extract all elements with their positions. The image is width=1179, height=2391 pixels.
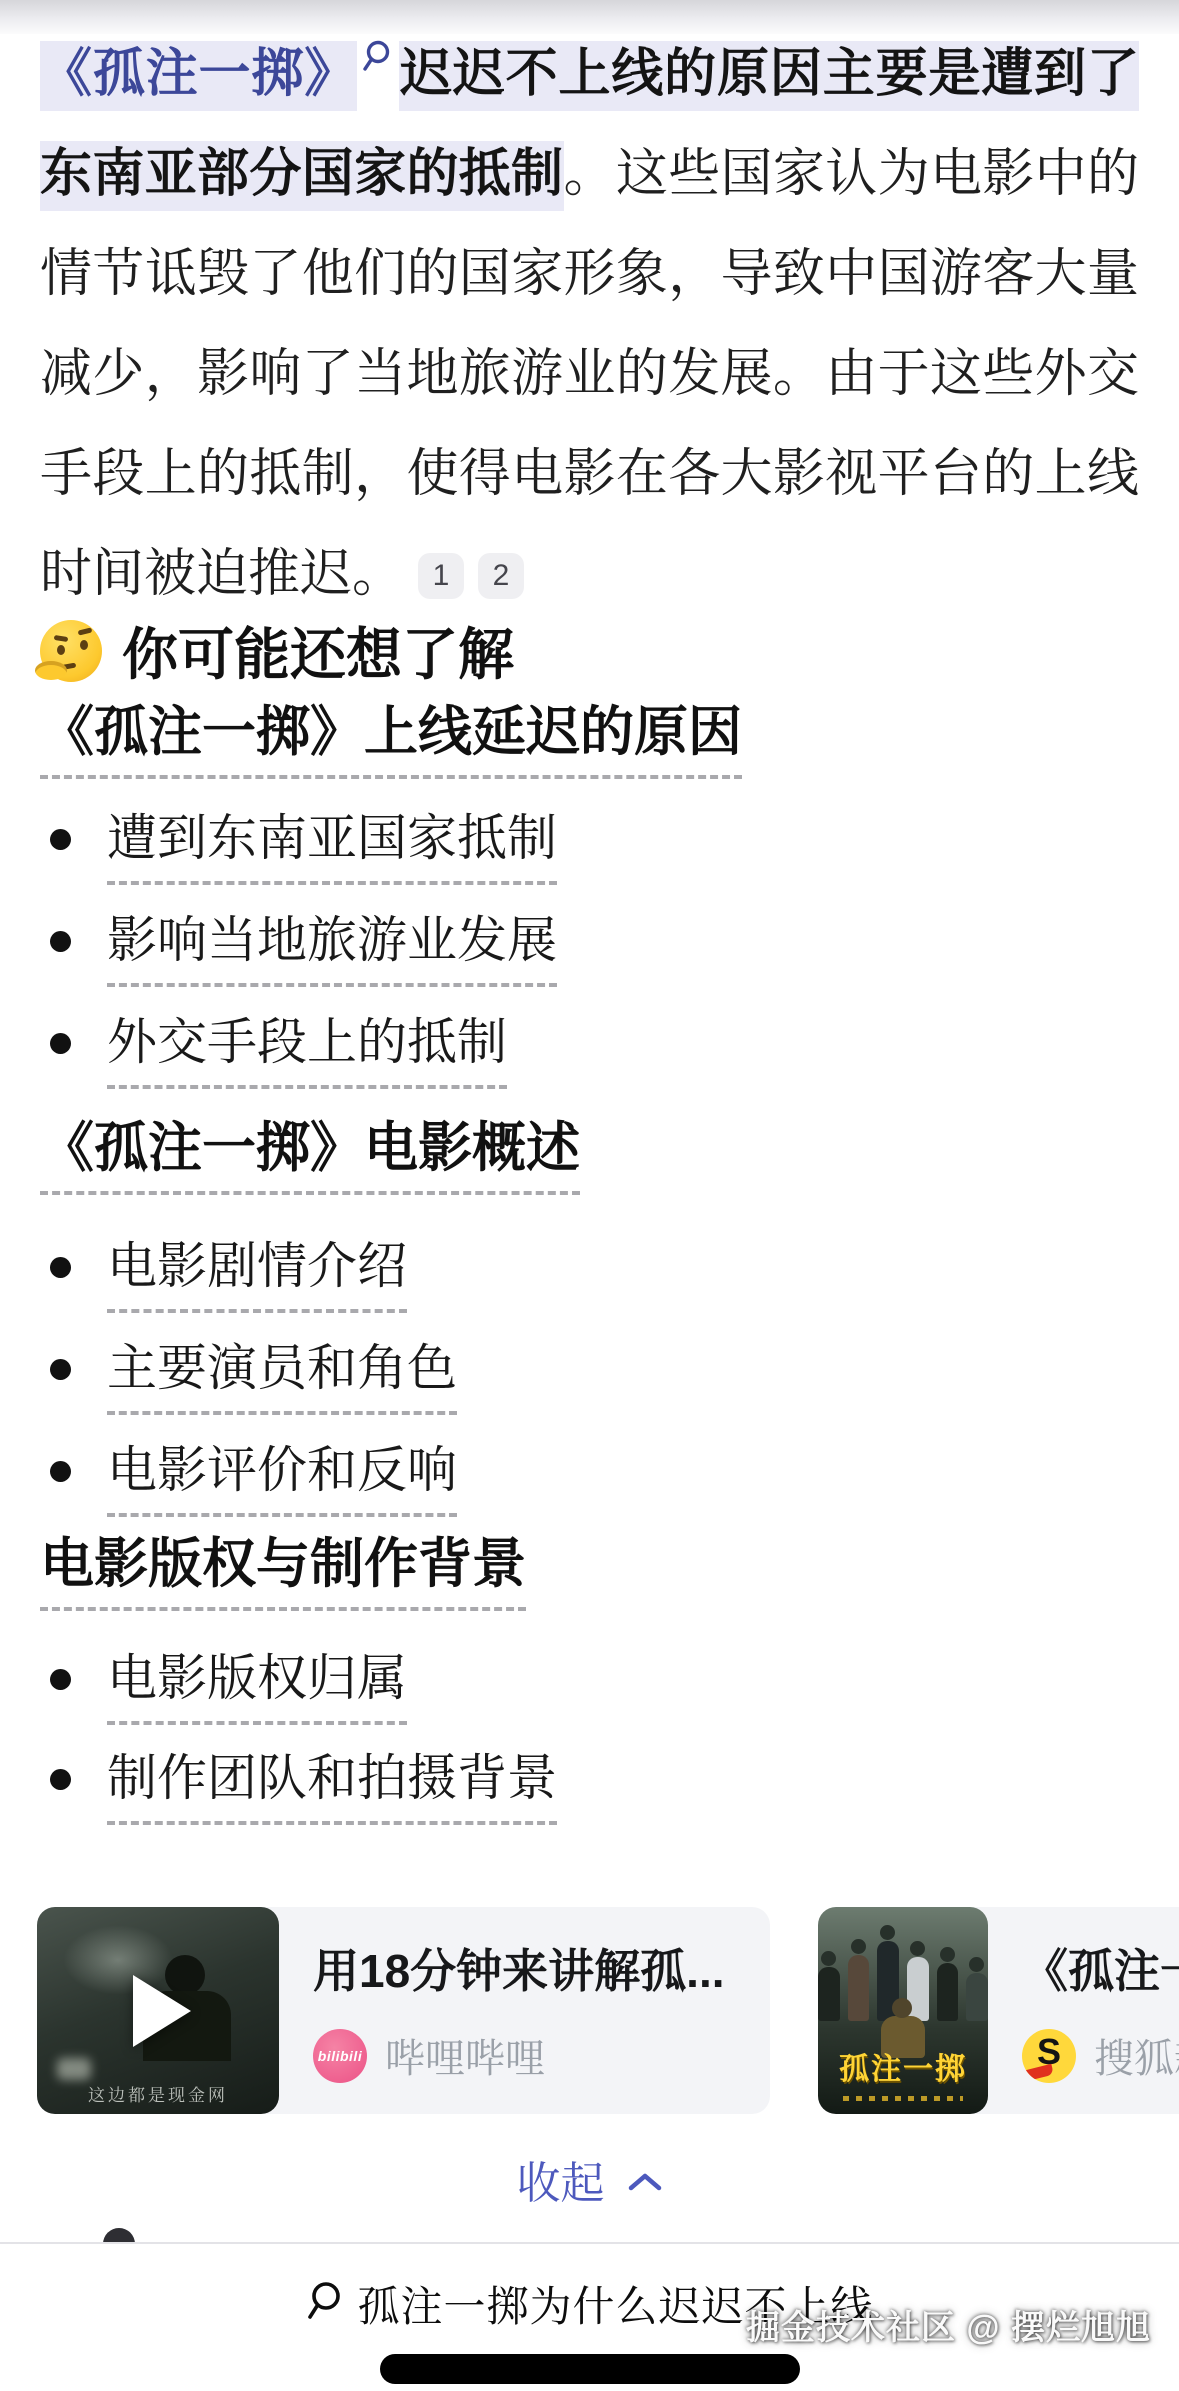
- bullet-dot-icon: [50, 829, 71, 850]
- poster-subtitle-texture: [843, 2096, 963, 2101]
- related-header-title: 你可能还想了解: [122, 611, 514, 691]
- related-item[interactable]: 外交手段上的抵制: [50, 1015, 1139, 1089]
- video-card-sohu[interactable]: 孤注一掷 《孤注一掷》 S 搜狐新闻: [818, 1907, 1179, 2114]
- video-source: 哔哩哔哩: [385, 2027, 545, 2084]
- section-heading-movie-overview[interactable]: 《孤注一掷》电影概述: [40, 1119, 580, 1195]
- play-icon: [133, 1975, 191, 2047]
- thumbnail-caption: 这边都是现金网: [37, 2081, 279, 2106]
- related-item-label[interactable]: 制作团队和拍摄背景: [107, 1751, 557, 1825]
- poster-title: 孤注一掷: [818, 2044, 988, 2088]
- video-source: 搜狐新闻: [1094, 2027, 1179, 2084]
- related-header: 你可能还想了解: [40, 619, 1179, 683]
- bullet-dot-icon: [50, 1033, 71, 1054]
- related-item-label[interactable]: 电影版权归属: [107, 1651, 407, 1725]
- video-card-bilibili[interactable]: 这边都是现金网 用18分钟来讲解孤... bilibili 哔哩哔哩: [37, 1907, 770, 2114]
- bilibili-logo-icon: bilibili: [313, 2029, 367, 2083]
- collapse-button[interactable]: 收起: [0, 2152, 1179, 2206]
- bullet-dot-icon: [50, 1359, 71, 1380]
- sohu-logo-icon: S: [1022, 2029, 1076, 2083]
- related-item[interactable]: 主要演员和角色: [50, 1341, 1139, 1415]
- answer-body-text: 。这些国家认为电影中的情节诋毁了他们的国家形象，导致中国游客大量减少，影响了当地…: [40, 145, 1139, 603]
- search-icon: [305, 2280, 345, 2329]
- related-item-label[interactable]: 电影剧情介绍: [107, 1239, 407, 1313]
- related-item-label[interactable]: 外交手段上的抵制: [107, 1015, 507, 1089]
- home-indicator[interactable]: [380, 2354, 800, 2384]
- video-cards-row[interactable]: 这边都是现金网 用18分钟来讲解孤... bilibili 哔哩哔哩 孤注一掷 …: [0, 1907, 1179, 2114]
- ai-answer-screen: 《孤注一掷》迟迟不上线的原因主要是遭到了东南亚部分国家的抵制。这些国家认为电影中…: [0, 0, 1179, 2391]
- thinking-face-emoji-icon: [40, 620, 102, 682]
- related-item[interactable]: 遭到东南亚国家抵制: [50, 811, 1139, 885]
- movie-title-link[interactable]: 《孤注一掷》: [40, 41, 357, 111]
- section-heading-delay-reasons[interactable]: 《孤注一掷》上线延迟的原因: [40, 703, 742, 779]
- chevron-up-icon: [627, 2154, 663, 2204]
- related-item-label[interactable]: 主要演员和角色: [107, 1341, 457, 1415]
- video-poster-thumbnail[interactable]: 孤注一掷: [818, 1907, 988, 2114]
- citation-badge-2[interactable]: 2: [478, 553, 524, 599]
- related-item-label[interactable]: 电影评价和反响: [107, 1443, 457, 1517]
- related-item-label[interactable]: 影响当地旅游业发展: [107, 913, 557, 987]
- answer-paragraph: 《孤注一掷》迟迟不上线的原因主要是遭到了东南亚部分国家的抵制。这些国家认为电影中…: [40, 24, 1139, 624]
- video-thumbnail[interactable]: 这边都是现金网: [37, 1907, 279, 2114]
- related-item-label[interactable]: 遭到东南亚国家抵制: [107, 811, 557, 885]
- bullet-dot-icon: [50, 931, 71, 952]
- related-item[interactable]: 电影评价和反响: [50, 1443, 1139, 1517]
- bottom-divider: [0, 2242, 1179, 2244]
- related-item[interactable]: 电影版权归属: [50, 1651, 1139, 1725]
- collapse-label[interactable]: 收起: [517, 2147, 605, 2211]
- bullet-dot-icon: [50, 1669, 71, 1690]
- citation-badge-1[interactable]: 1: [418, 553, 464, 599]
- inline-search-icon[interactable]: [361, 29, 393, 87]
- video-title[interactable]: 《孤注一掷》: [1022, 1935, 1179, 2001]
- video-title[interactable]: 用18分钟来讲解孤...: [313, 1935, 746, 2001]
- related-item[interactable]: 影响当地旅游业发展: [50, 913, 1139, 987]
- watermark-text: 掘金技术社区 @ 摆烂旭旭: [746, 2300, 1151, 2349]
- bullet-dot-icon: [50, 1257, 71, 1278]
- related-item[interactable]: 电影剧情介绍: [50, 1239, 1139, 1313]
- related-item[interactable]: 制作团队和拍摄背景: [50, 1751, 1139, 1825]
- bullet-dot-icon: [50, 1769, 71, 1790]
- section-heading-copyright-production[interactable]: 电影版权与制作背景: [40, 1535, 526, 1611]
- bullet-dot-icon: [50, 1461, 71, 1482]
